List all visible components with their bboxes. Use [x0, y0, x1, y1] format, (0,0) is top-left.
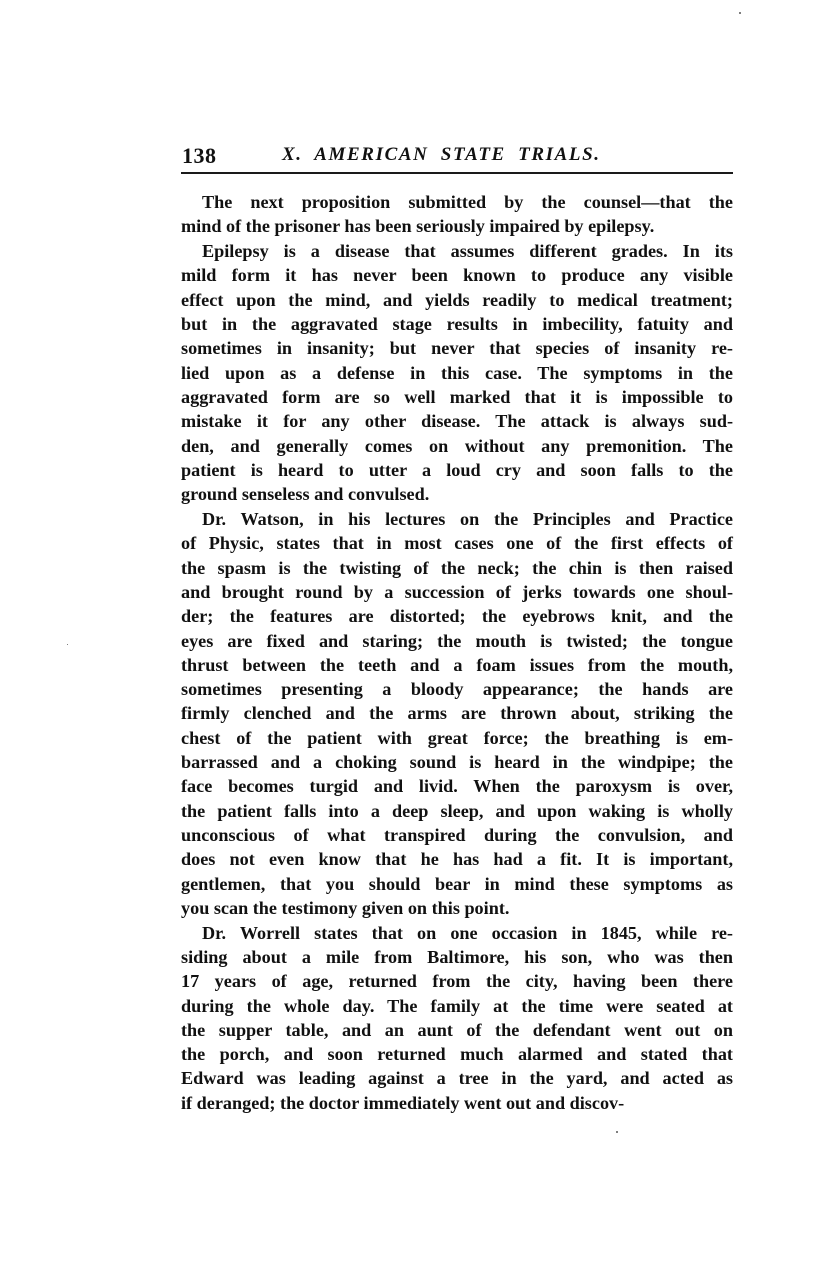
text-line: barrassed and a choking sound is heard i…: [181, 750, 733, 774]
text-line: den, and generally comes on without any …: [181, 434, 733, 458]
header-rule: [181, 172, 733, 174]
paragraph: Epilepsy is a disease that assumes diffe…: [181, 239, 733, 506]
running-title: X. AMERICAN STATE TRIALS.: [282, 141, 601, 169]
text-line: unconscious of what transpired during th…: [181, 823, 733, 847]
text-line: but in the aggravated stage results in i…: [181, 312, 733, 336]
paragraph: Dr. Watson, in his lectures on the Princ…: [181, 507, 733, 920]
text-line: gentlemen, that you should bear in mind …: [181, 872, 733, 896]
text-line: ground senseless and convulsed.: [181, 482, 733, 506]
text-line: the supper table, and an aunt of the def…: [181, 1018, 733, 1042]
text-line: Epilepsy is a disease that assumes diffe…: [181, 239, 733, 263]
paragraph: The next proposition submitted by the co…: [181, 190, 733, 239]
text-line: Dr. Watson, in his lectures on the Princ…: [181, 507, 733, 531]
scan-speck: [67, 644, 68, 645]
text-line: effect upon the mind, and yields readily…: [181, 288, 733, 312]
text-line: the spasm is the twisting of the neck; t…: [181, 556, 733, 580]
text-line: mistake it for any other disease. The at…: [181, 409, 733, 433]
text-line: does not even know that he has had a fit…: [181, 847, 733, 871]
text-line: 17 years of age, returned from the city,…: [181, 969, 733, 993]
text-line: and brought round by a succession of jer…: [181, 580, 733, 604]
text-line: der; the features are distorted; the eye…: [181, 604, 733, 628]
text-line: patient is heard to utter a loud cry and…: [181, 458, 733, 482]
text-line: The next proposition submitted by the co…: [181, 190, 733, 214]
text-line: sometimes in insanity; but never that sp…: [181, 336, 733, 360]
text-line: face becomes turgid and livid. When the …: [181, 774, 733, 798]
text-line: mind of the prisoner has been seriously …: [181, 214, 733, 238]
text-line: sometimes presenting a bloody appearance…: [181, 677, 733, 701]
text-line: thrust between the teeth and a foam issu…: [181, 653, 733, 677]
text-line: you scan the testimony given on this poi…: [181, 896, 733, 920]
text-line: lied upon as a defense in this case. The…: [181, 361, 733, 385]
page-number: 138: [182, 142, 217, 170]
text-line: Edward was leading against a tree in the…: [181, 1066, 733, 1090]
text-line: during the whole day. The family at the …: [181, 994, 733, 1018]
text-line: if deranged; the doctor immediately went…: [181, 1091, 733, 1115]
running-head: 138 X. AMERICAN STATE TRIALS.: [181, 140, 734, 168]
text-line: mild form it has never been known to pro…: [181, 263, 733, 287]
text-line: eyes are fixed and staring; the mouth is…: [181, 629, 733, 653]
scan-speck: [739, 12, 741, 14]
text-line: chest of the patient with great force; t…: [181, 726, 733, 750]
body-text: The next proposition submitted by the co…: [181, 190, 733, 1115]
text-line: Dr. Worrell states that on one occasion …: [181, 921, 733, 945]
text-line: aggravated form are so well marked that …: [181, 385, 733, 409]
book-page: 138 X. AMERICAN STATE TRIALS. The next p…: [181, 140, 734, 168]
scan-speck: [616, 1131, 618, 1133]
text-line: the patient falls into a deep sleep, and…: [181, 799, 733, 823]
text-line: firmly clenched and the arms are thrown …: [181, 701, 733, 725]
text-line: siding about a mile from Baltimore, his …: [181, 945, 733, 969]
paragraph: Dr. Worrell states that on one occasion …: [181, 921, 733, 1115]
text-line: of Physic, states that in most cases one…: [181, 531, 733, 555]
text-line: the porch, and soon returned much alarme…: [181, 1042, 733, 1066]
